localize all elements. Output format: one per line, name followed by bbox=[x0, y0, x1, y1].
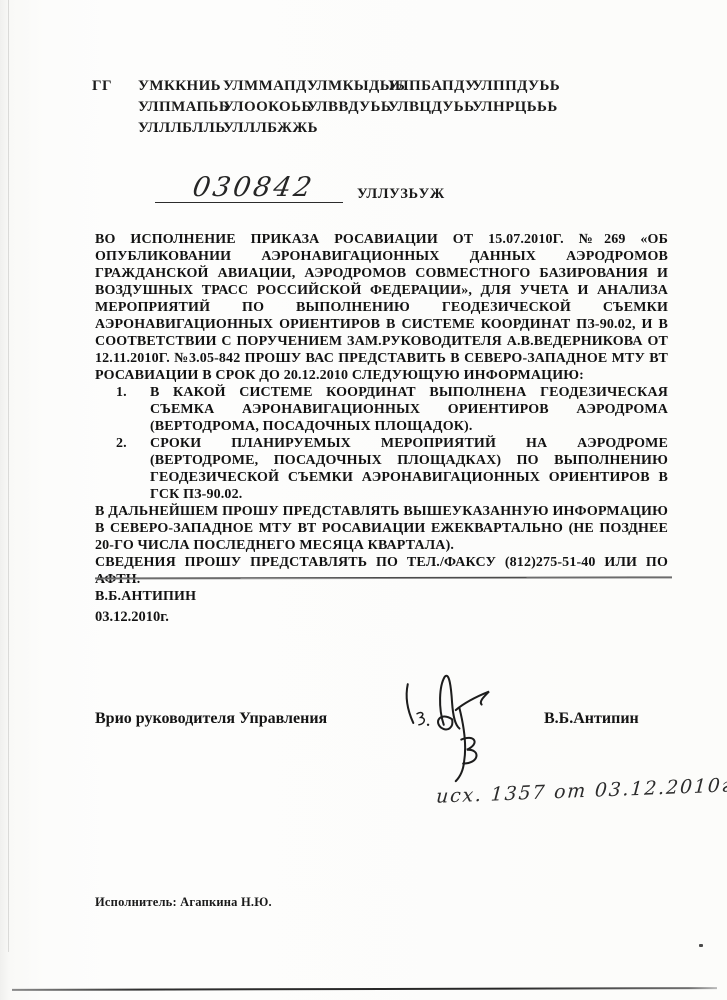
code-cell-empty bbox=[92, 97, 138, 118]
code-cell: УЛООКОЬЬ bbox=[223, 97, 307, 118]
scan-speck bbox=[699, 944, 703, 947]
code-cell-empty bbox=[388, 118, 472, 139]
executor-line: Исполнитель: Агапкина Н.Ю. bbox=[95, 895, 272, 910]
code-cell: УЛЛЛБЛЛЬ bbox=[138, 118, 223, 139]
code-cell: УЛЛЛБЖЖЬ bbox=[223, 118, 307, 139]
code-cell-empty bbox=[92, 118, 138, 139]
code-cell: УЛМКЫДЫЬ bbox=[307, 76, 388, 97]
signature-handwriting-icon bbox=[393, 660, 513, 785]
body-paragraph-2: В ДАЛЬНЕЙШЕМ ПРОШУ ПРЕДСТАВЛЯТЬ ВЫШЕУКАЗ… bbox=[95, 503, 668, 554]
item-number: 1. bbox=[116, 384, 150, 435]
handwritten-document-number: 030842 bbox=[190, 172, 317, 203]
code-cell: УЛПБАПДУ bbox=[388, 76, 472, 97]
scan-edge-bottom bbox=[12, 987, 717, 991]
numbered-item-2: 2. СРОКИ ПЛАНИРУЕМЫХ МЕРОПРИЯТИЙ НА АЭРО… bbox=[95, 435, 668, 503]
code-corner: ГГ bbox=[92, 76, 138, 97]
date-text: 03.12.2010г. bbox=[95, 609, 169, 626]
body-paragraph-3: СВЕДЕНИЯ ПРОШУ ПРЕДСТАВЛЯТЬ ПО ТЕЛ./ФАКС… bbox=[95, 554, 668, 588]
body-signoff-name: В.Б.АНТИПИН bbox=[95, 588, 668, 605]
body-paragraph-1: ВО ИСПОЛНЕНИЕ ПРИКАЗА РОСАВИАЦИИ ОТ 15.0… bbox=[95, 231, 668, 384]
reference-underline: 030842 bbox=[155, 168, 343, 203]
code-cell-empty bbox=[472, 118, 560, 139]
signer-position-title: Врио руководителя Управления bbox=[95, 710, 327, 728]
code-cell: УЛНРЦЬЬЬ bbox=[472, 97, 560, 118]
signer-name: В.Б.Антипин bbox=[544, 710, 639, 728]
code-cell-empty bbox=[307, 118, 388, 139]
code-cell: УЛММАПДУ bbox=[223, 76, 307, 97]
header-address-codes: ГГ УМККНИЬ УЛММАПДУ УЛМКЫДЫЬ УЛПБАПДУ УЛ… bbox=[92, 76, 560, 139]
code-cell: УЛВВДУЬЬ bbox=[307, 97, 388, 118]
code-cell: УЛВЦДУЬЬ bbox=[388, 97, 472, 118]
item-text: В КАКОЙ СИСТЕМЕ КООРДИНАТ ВЫПОЛНЕНА ГЕОД… bbox=[150, 384, 668, 435]
code-cell: УЛПМАПЬЬ bbox=[138, 97, 223, 118]
numbered-item-1: 1. В КАКОЙ СИСТЕМЕ КООРДИНАТ ВЫПОЛНЕНА Г… bbox=[95, 384, 668, 435]
scan-edge-left bbox=[8, 0, 9, 952]
code-cell: УЛППДУЬЬ bbox=[472, 76, 560, 97]
addressee-code: УЛЛУЗЬУЖ bbox=[357, 186, 445, 203]
letter-body: ВО ИСПОЛНЕНИЕ ПРИКАЗА РОСАВИАЦИИ ОТ 15.0… bbox=[95, 231, 668, 605]
scanned-letter-page: ГГ УМККНИЬ УЛММАПДУ УЛМКЫДЫЬ УЛПБАПДУ УЛ… bbox=[0, 0, 727, 1000]
item-text: СРОКИ ПЛАНИРУЕМЫХ МЕРОПРИЯТИЙ НА АЭРОДРО… bbox=[150, 435, 668, 503]
item-number: 2. bbox=[116, 435, 150, 503]
code-cell: УМККНИЬ bbox=[138, 76, 223, 97]
